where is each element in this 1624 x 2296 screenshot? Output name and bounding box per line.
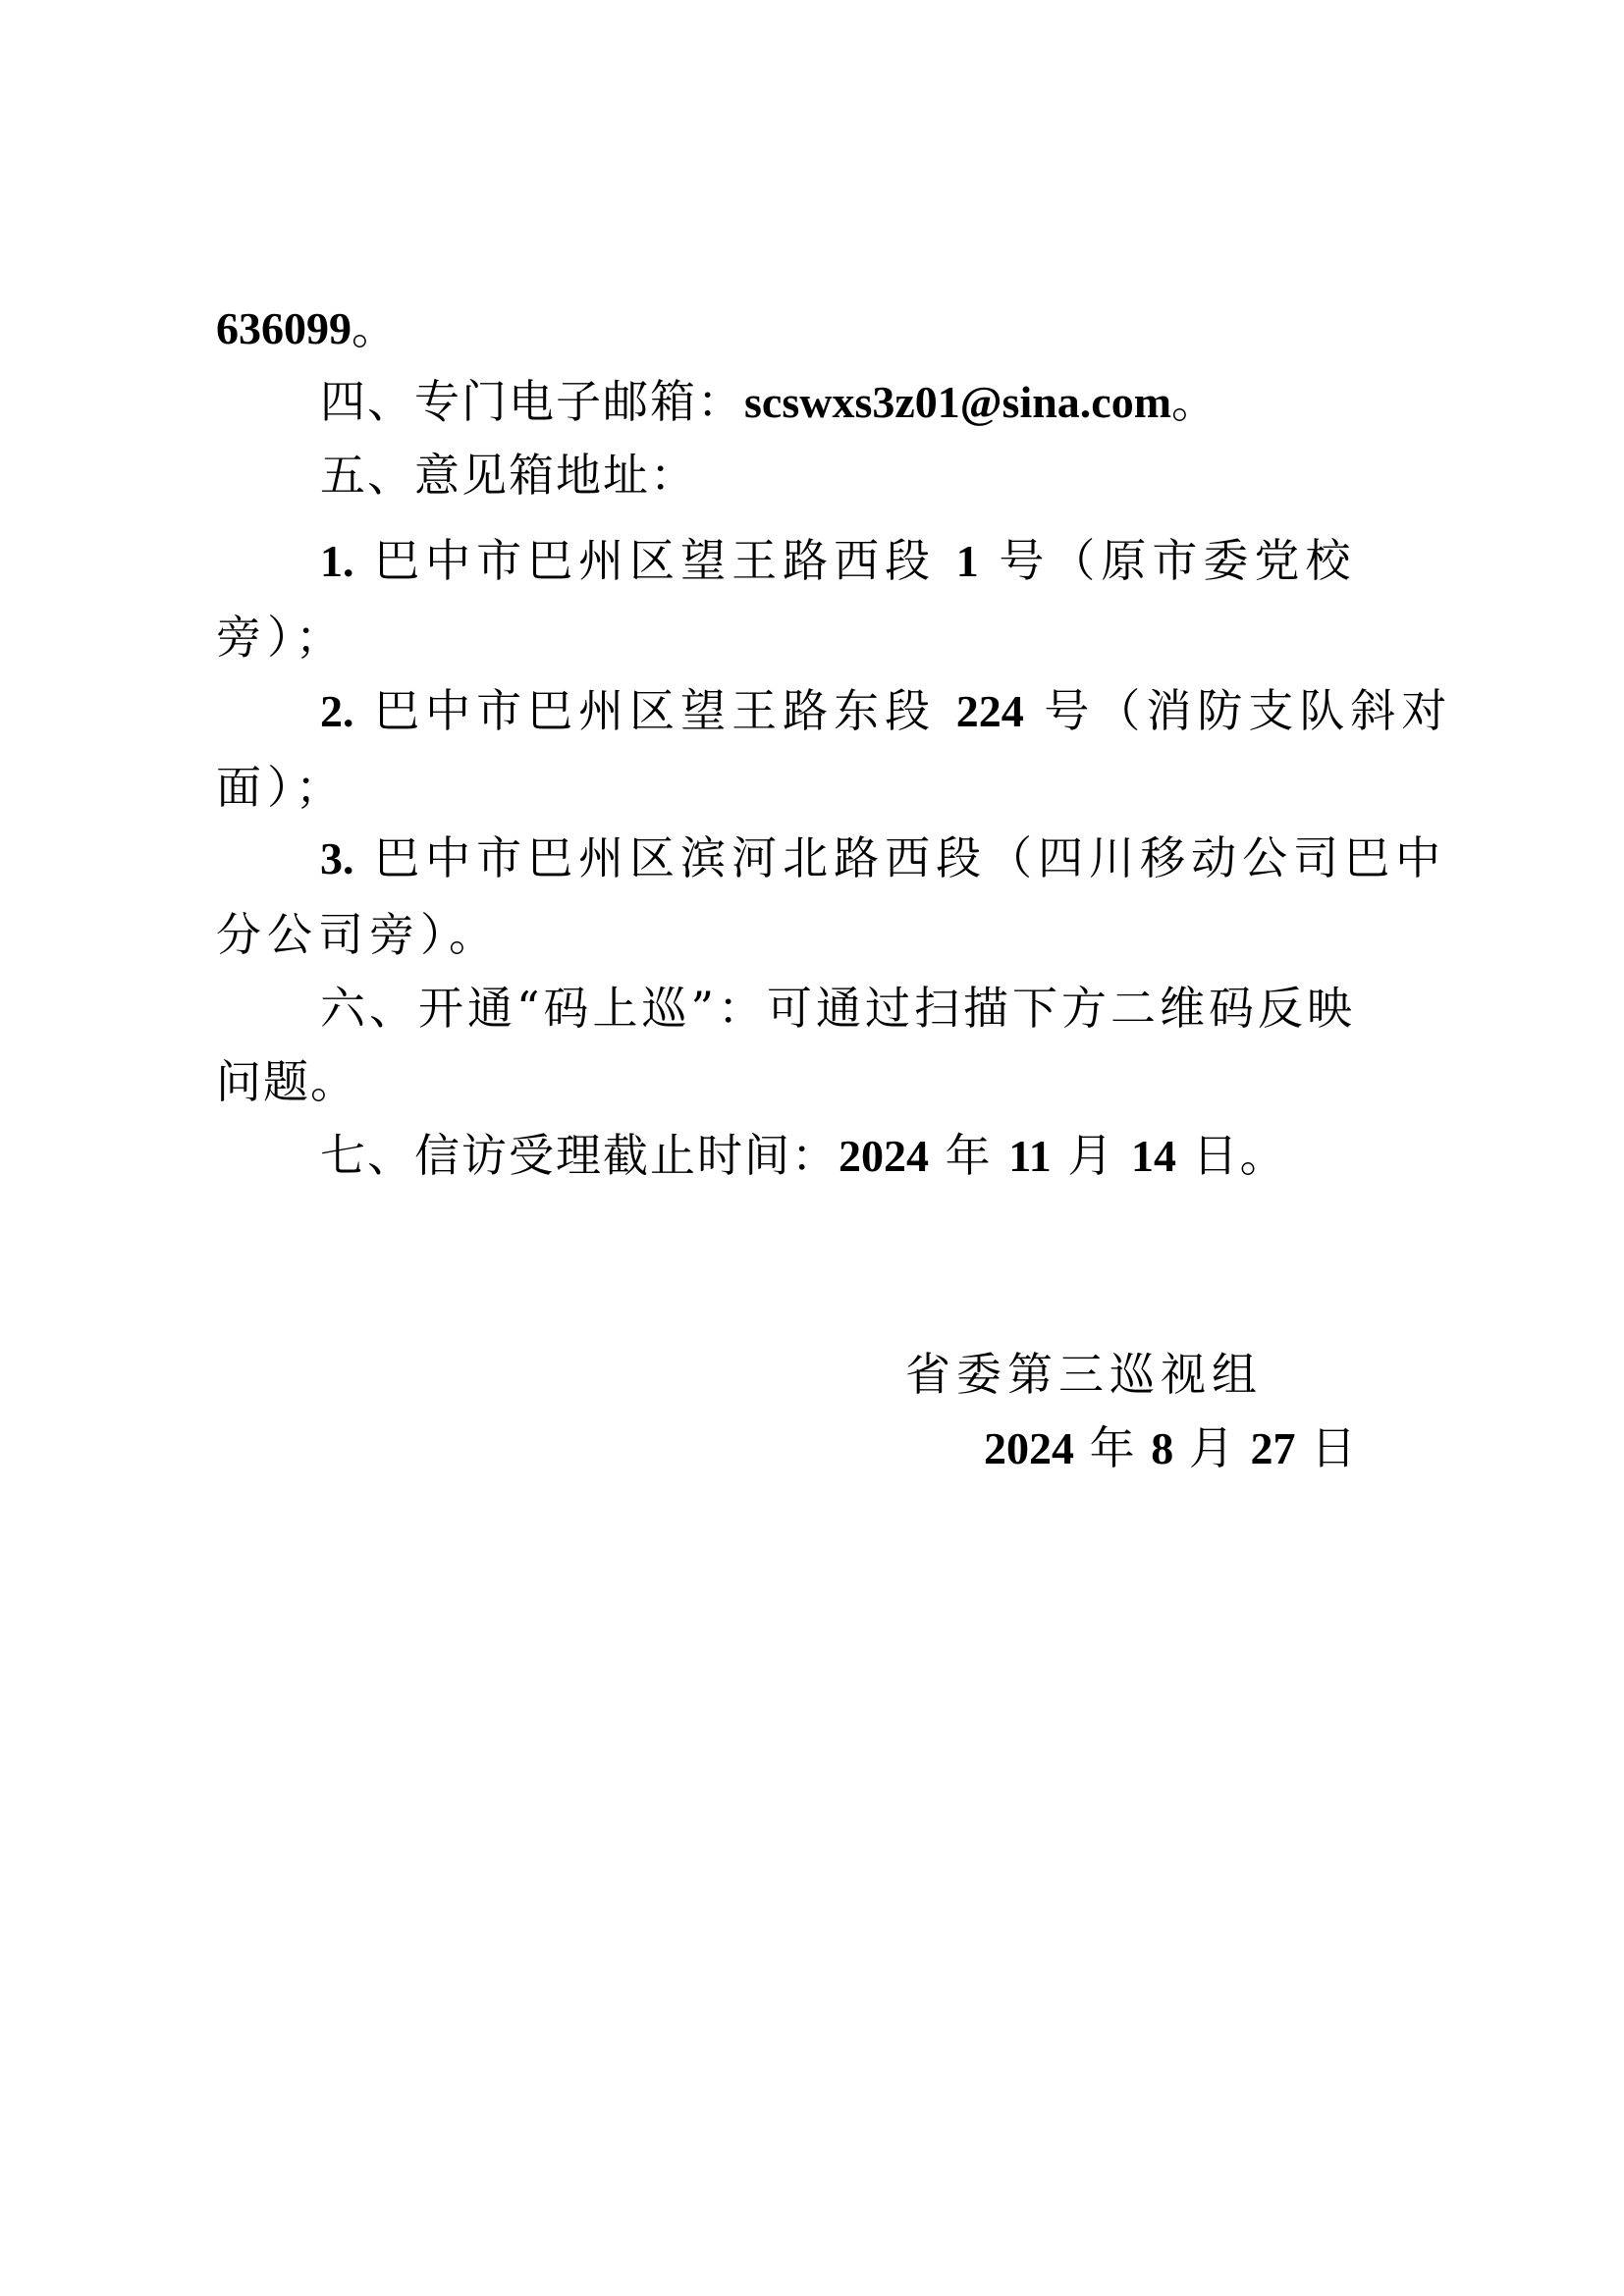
item-email: 四、专门电子邮箱：scswxs3z01@sina.com。 xyxy=(320,374,1406,430)
address-1-line-1: 1. 巴中市巴州区望王路西段 1 号（原市委党校 xyxy=(320,533,1406,589)
email-address: scswxs3z01@sina.com xyxy=(744,377,1171,427)
item-qr-code-line-1: 六、开通“码上巡”：可通过扫描下方二维码反映 xyxy=(320,981,1406,1036)
address-2-line-2: 面）； xyxy=(216,760,1406,815)
address-3-line-2: 分公司旁）。 xyxy=(216,907,1406,962)
document-page: 636099。 四、专门电子邮箱：scswxs3z01@sina.com。 五、… xyxy=(0,0,1624,2296)
item-deadline: 七、信访受理截止时间：2024 年 11 月 14 日。 xyxy=(320,1128,1406,1184)
item-qr-code-line-2: 问题。 xyxy=(216,1054,1406,1109)
signature-org: 省委第三巡视组 xyxy=(905,1347,1263,1402)
address-3-line-1: 3. 巴中市巴州区滨河北路西段（四川移动公司巴中 xyxy=(320,830,1406,886)
postal-code-continuation: 636099。 xyxy=(216,300,1406,356)
address-2-line-1: 2. 巴中市巴州区望王路东段 224 号（消防支队斜对 xyxy=(320,683,1406,739)
postal-code: 636099 xyxy=(216,303,352,353)
address-1-line-2: 旁）； xyxy=(216,610,1406,665)
signature-date: 2024 年 8 月 27 日 xyxy=(984,1420,1357,1476)
item-email-label: 四、专门电子邮箱： xyxy=(320,375,744,428)
item-suggestion-box-label: 五、意见箱地址： xyxy=(320,449,697,502)
item-suggestion-box: 五、意见箱地址： xyxy=(320,448,1406,503)
